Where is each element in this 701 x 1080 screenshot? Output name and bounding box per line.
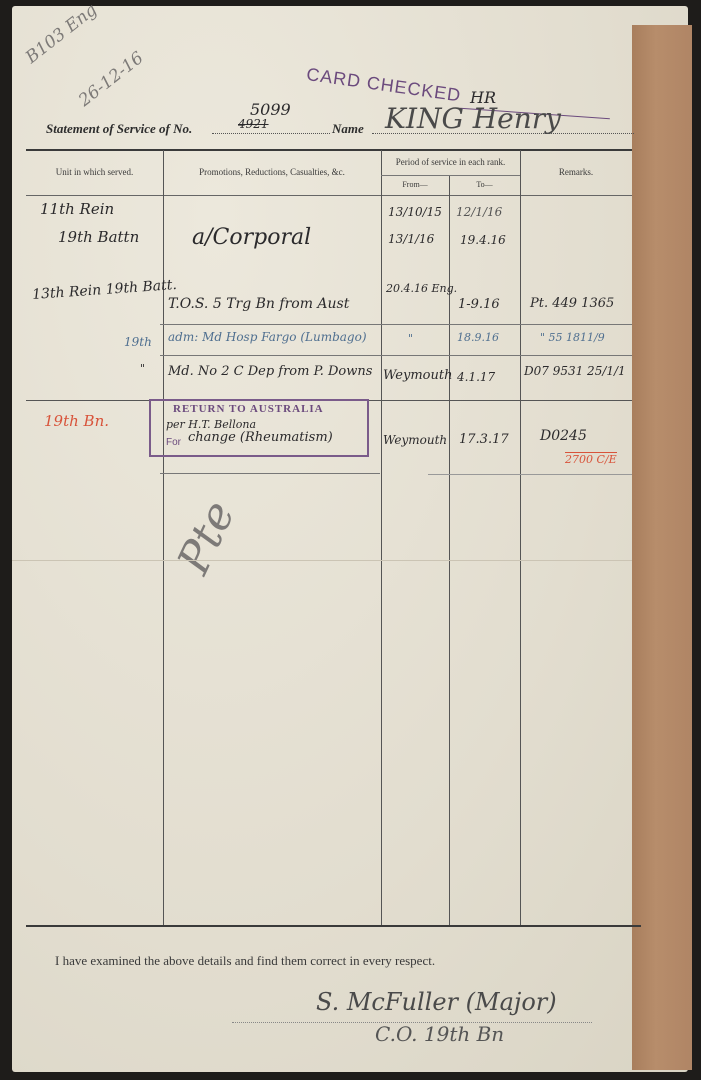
row5-rule-right [428, 474, 632, 475]
row1-to1: 12/1/16 [456, 205, 502, 219]
row3-promotion: adm: Md Hosp Fargo (Lumbago) [168, 330, 367, 344]
row4-remarks: D07 9531 25/1/1 [524, 364, 626, 378]
brown-folder-flap [632, 25, 692, 1070]
officer-title: C.O. 19th Bn [375, 1022, 504, 1046]
row1-to2: 19.4.16 [460, 233, 506, 247]
row2-remarks: Pt. 449 1365 [530, 296, 614, 311]
paper-fold [12, 560, 632, 561]
row1-from2: 13/1/16 [388, 232, 434, 246]
row5-remarks-red: 2700 C/E [565, 452, 617, 466]
row5-rule [160, 473, 380, 474]
service-number-dots [212, 133, 330, 134]
row4-to: 4.1.17 [457, 370, 495, 384]
row5-remarks: D0245 [540, 428, 587, 444]
name-label: Name [332, 121, 364, 137]
row5-to: 17.3.17 [459, 432, 509, 447]
row1-unit-line1: 11th Rein [40, 200, 114, 218]
col-divider-1 [163, 150, 164, 925]
header-to: To— [449, 180, 520, 189]
col-divider-4 [520, 150, 521, 925]
table-header-rule [26, 195, 632, 196]
row2-promotion: T.O.S. 5 Trg Bn from Aust [168, 296, 349, 312]
header-remarks: Remarks. [520, 167, 632, 177]
row3-to: 18.9.16 [457, 331, 499, 344]
return-stamp-for-label: For [166, 437, 181, 448]
soldier-name: KING Henry [385, 102, 561, 135]
row4-from: Weymouth [383, 368, 452, 383]
row4-unit: " [140, 362, 145, 375]
row4-promotion: Md. No 2 C Dep from P. Downs [168, 364, 372, 379]
return-stamp-for: change (Rheumatism) [188, 430, 333, 445]
service-number-struck: 4921 [238, 117, 269, 131]
row3-remarks: " 55 1811/9 [540, 331, 605, 344]
row2-to: 1-9.16 [458, 297, 500, 312]
row5-from: Weymouth [383, 433, 447, 447]
row1-promotion: a/Corporal [192, 225, 311, 250]
row3-rule [160, 355, 632, 356]
return-stamp-title: RETURN TO AUSTRALIA [173, 403, 324, 415]
row3-unit: 19th [124, 335, 152, 349]
row2-from: 20.4.16 Eng. [386, 282, 457, 295]
table-bottom-rule [26, 925, 641, 927]
row1-from1: 13/10/15 [388, 205, 442, 219]
row3-from: " [408, 332, 413, 345]
row5-unit: 19th Bn. [44, 412, 109, 430]
period-subheader-rule [381, 175, 520, 176]
header-from: From— [381, 180, 449, 189]
row1-unit-line2: 19th Battn [58, 228, 139, 246]
col-divider-2 [381, 150, 382, 925]
header-unit: Unit in which served. [26, 167, 163, 177]
row2-rule [160, 324, 632, 325]
statement-of-service-label: Statement of Service of No. [46, 121, 192, 137]
officer-signature: S. McFuller (Major) [316, 988, 557, 1016]
header-promotions: Promotions, Reductions, Casualties, &c. [163, 167, 381, 177]
certification-statement: I have examined the above details and fi… [55, 953, 435, 969]
table-top-rule [26, 149, 632, 151]
service-record-sheet [12, 6, 688, 1072]
header-period: Period of service in each rank. [381, 157, 520, 167]
